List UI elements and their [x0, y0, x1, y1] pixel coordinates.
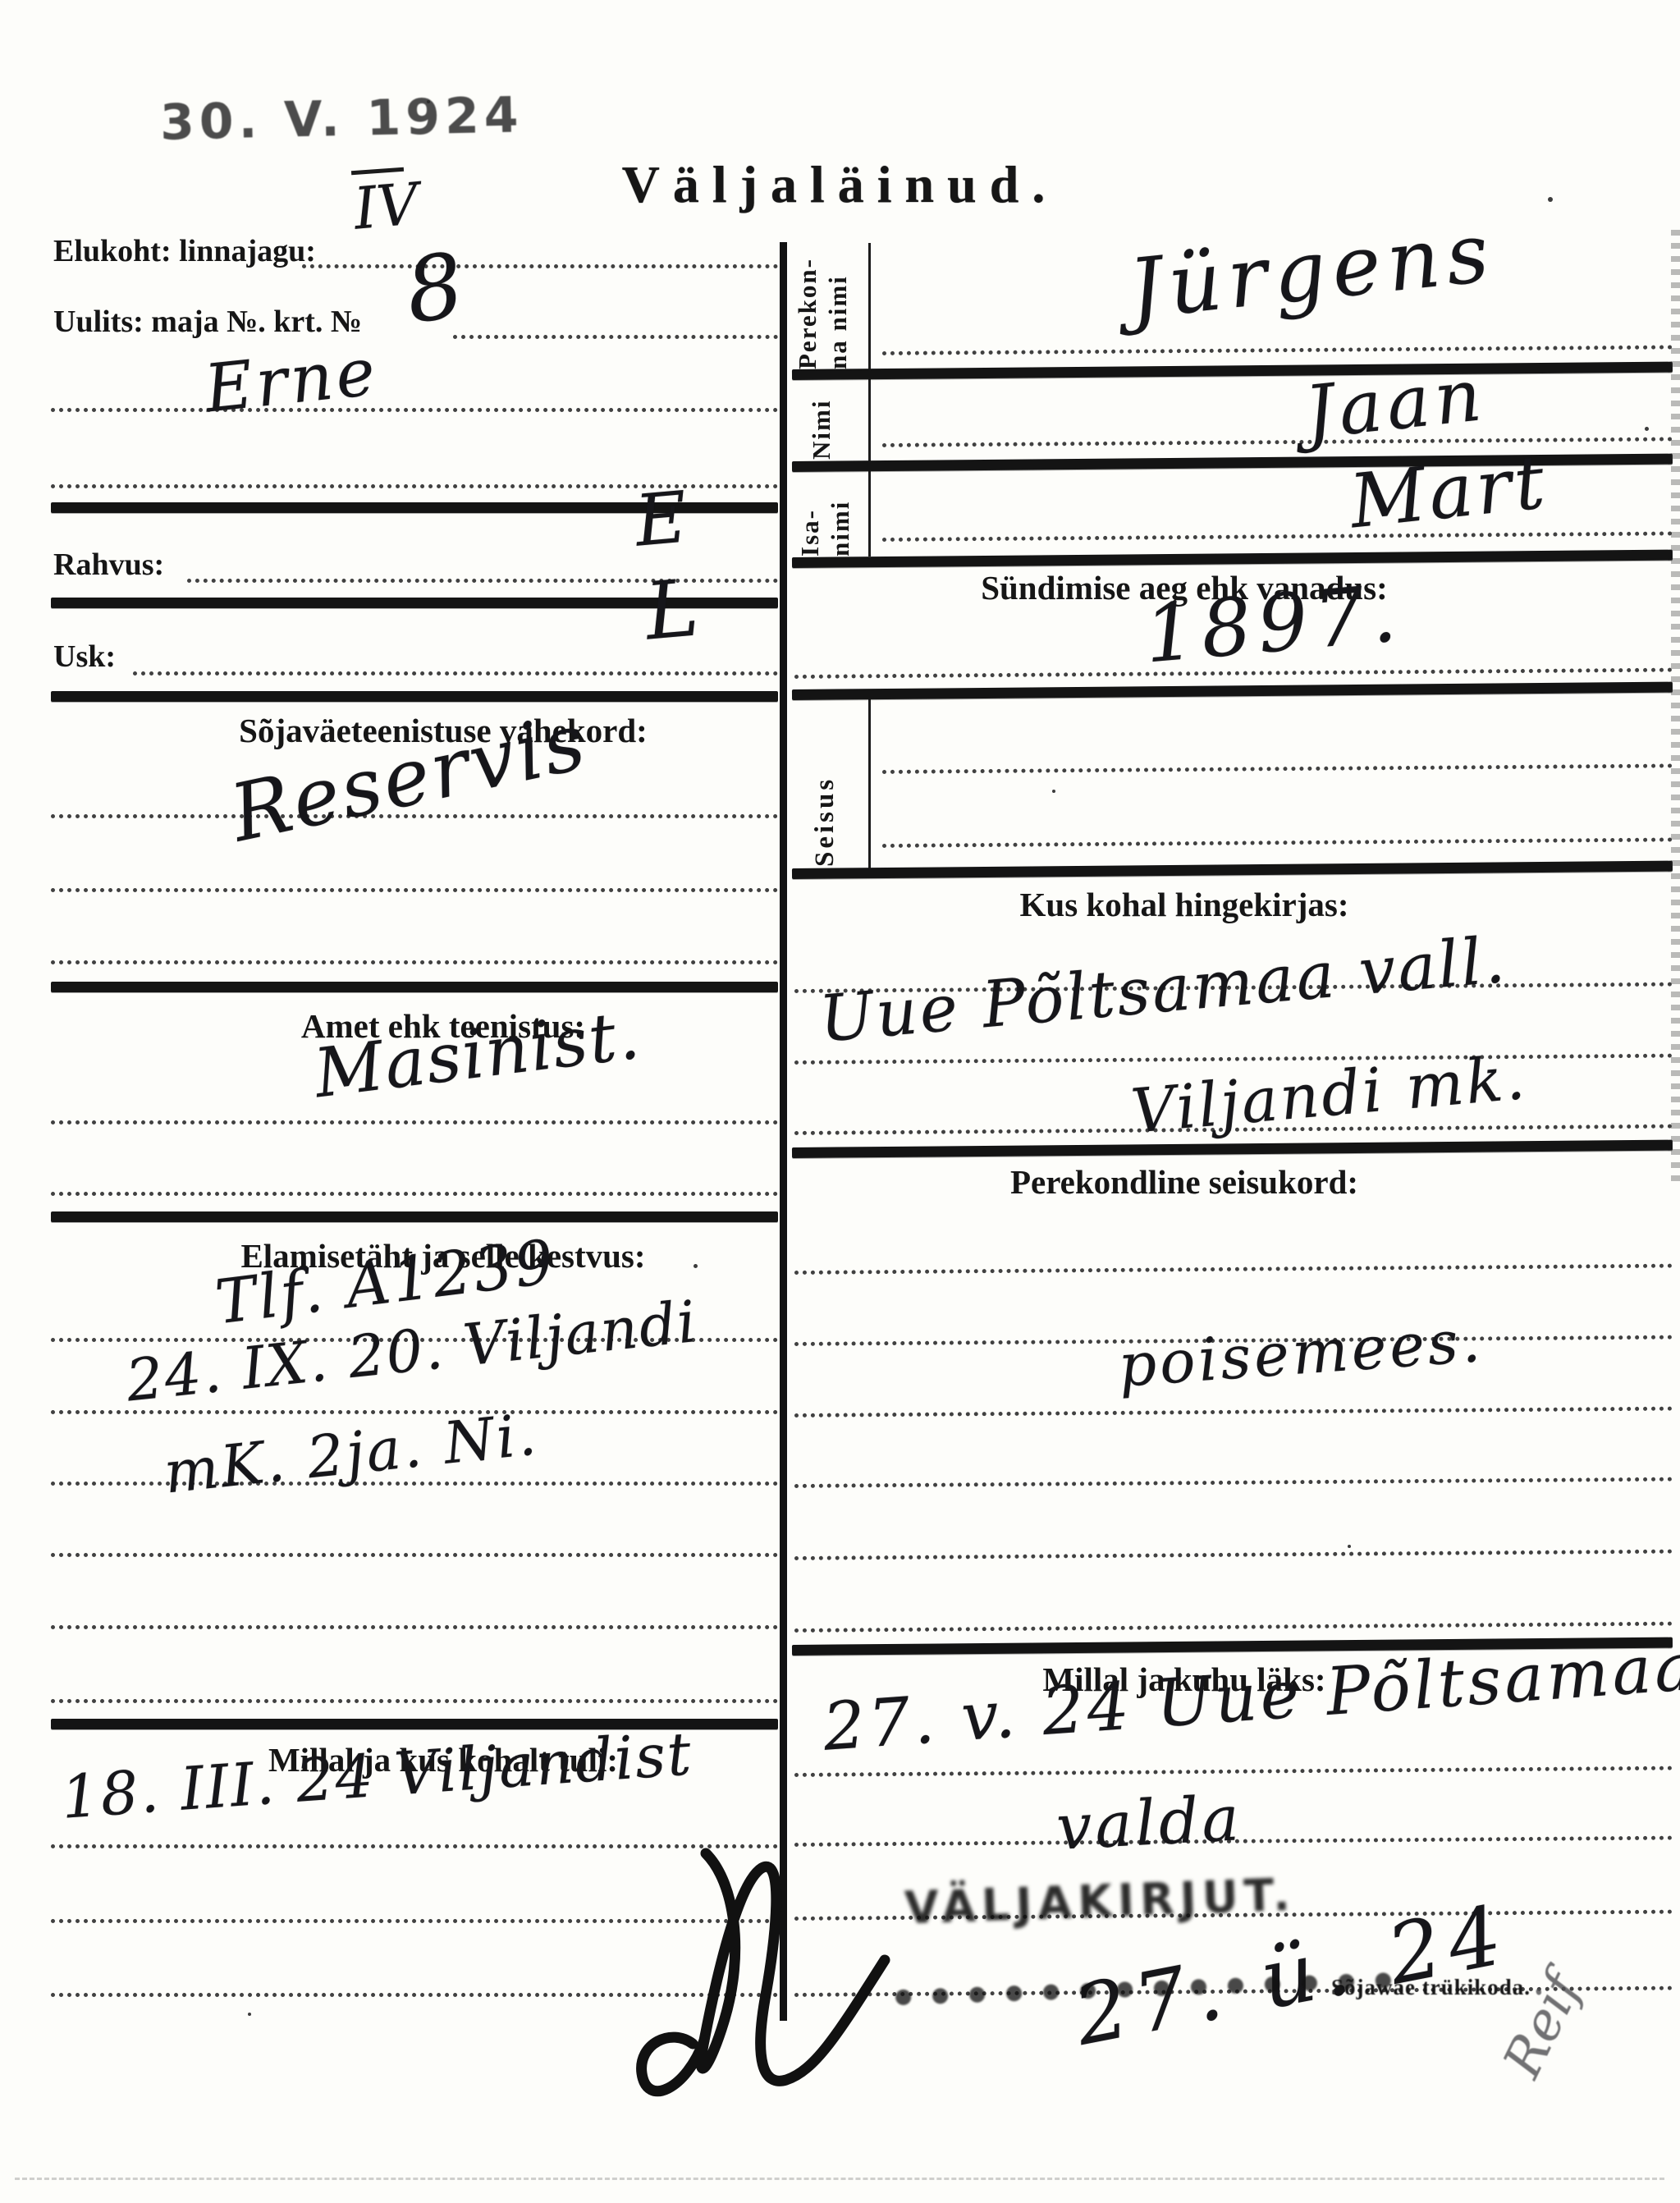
separator-bar: [51, 691, 778, 702]
father-name-value-handwriting: Mart: [1346, 439, 1552, 546]
first-name-label: Nimi: [806, 381, 836, 460]
departure-stamp-text: VÄLJAKIRJUT.: [904, 1869, 1297, 1935]
dotted-line: [794, 1264, 1673, 1275]
noise-speck: [1645, 427, 1649, 431]
dotted-line: [51, 888, 778, 892]
dotted-line: [882, 437, 1673, 447]
dotted-line: [51, 960, 778, 964]
parish-line1-handwriting: Uue Põltsamaa vall.: [817, 923, 1510, 1057]
ink-flourish-signature: [632, 1837, 903, 2112]
vertical-rule-seisus: [868, 694, 871, 868]
father-label-line1: Isa-: [794, 474, 825, 556]
surname-label: Perekon- na nimi: [792, 245, 853, 369]
dotted-line: [882, 345, 1673, 355]
dotted-line: [882, 763, 1673, 774]
father-name-label: Isa- nimi: [794, 474, 855, 556]
dotted-line: [794, 1550, 1673, 1560]
dotted-line: [794, 1054, 1673, 1065]
street-name-handwriting: Erne: [201, 333, 382, 428]
registration-card-scan: 30. V. 1924 Väljaläinud. Elukoht: linnaj…: [0, 0, 1680, 2203]
nationality-value-handwriting: E: [632, 477, 690, 563]
separator-bar: [792, 1140, 1673, 1158]
dotted-line: [794, 1407, 1673, 1418]
scan-edge-noise: [1671, 230, 1680, 1182]
separator-bar: [792, 362, 1673, 380]
separator-bar: [792, 550, 1673, 568]
nationality-label: Rahvus:: [53, 547, 164, 583]
dotted-line: [133, 671, 778, 676]
dotted-line: [51, 1120, 778, 1124]
noise-speck: [1052, 790, 1055, 793]
dotted-line: [882, 531, 1673, 542]
dotted-line: [51, 1625, 778, 1629]
dotted-line: [794, 1477, 1673, 1488]
status-label: Seisus: [809, 709, 842, 867]
dotted-line: [51, 408, 778, 412]
dotted-line: [302, 264, 778, 268]
religion-value-handwriting: L: [642, 561, 702, 657]
vertical-rule-names: [868, 243, 871, 556]
family-value-handwriting: poisemees.: [1116, 1306, 1485, 1400]
residence-value-handwriting: IV: [351, 170, 421, 243]
surname-value-handwriting: Jürgens: [1124, 204, 1499, 337]
separator-bar: [792, 861, 1673, 879]
street-number-handwriting: 8: [400, 234, 469, 343]
date-stamp: 30. V. 1924: [159, 86, 524, 151]
permit-line3-handwriting: mK. 2ja. Ni.: [161, 1400, 542, 1506]
noise-speck: [248, 2013, 251, 2016]
family-section-label: Perekondline seisukord:: [745, 1162, 1623, 1202]
father-label-line2: nimi: [825, 474, 855, 556]
dotted-line: [51, 1482, 778, 1486]
dotted-line: [794, 1766, 1673, 1777]
noise-speck: [1348, 1545, 1351, 1548]
residence-label: Elukoht: linnajagu:: [53, 233, 316, 269]
dotted-line: [51, 1192, 778, 1196]
parish-section-label: Kus kohal hingekirjas:: [745, 885, 1623, 924]
arrival-value-handwriting: 18. III. 24 Viljandist: [59, 1719, 694, 1832]
dotted-line: [794, 1622, 1673, 1633]
surname-label-line1: Perekon-: [792, 245, 822, 369]
surname-label-line2: na nimi: [822, 245, 853, 369]
departure-line2-handwriting: valda: [1055, 1781, 1244, 1864]
separator-bar: [792, 682, 1673, 700]
scan-fold-line: [15, 2178, 1664, 2180]
separator-bar: [51, 1211, 778, 1222]
dotted-line: [882, 837, 1673, 848]
separator-bar: [51, 982, 778, 992]
religion-label: Usk:: [53, 639, 116, 675]
printer-note: Sõjawäe trükikoda.: [1331, 1975, 1531, 2000]
dotted-line: [51, 1699, 778, 1703]
page-title: Väljaläinud.: [0, 154, 1680, 215]
street-label: Uulits: maja №. krt. №: [53, 304, 362, 340]
dotted-line: [453, 335, 778, 339]
dotted-line: [51, 1553, 778, 1557]
